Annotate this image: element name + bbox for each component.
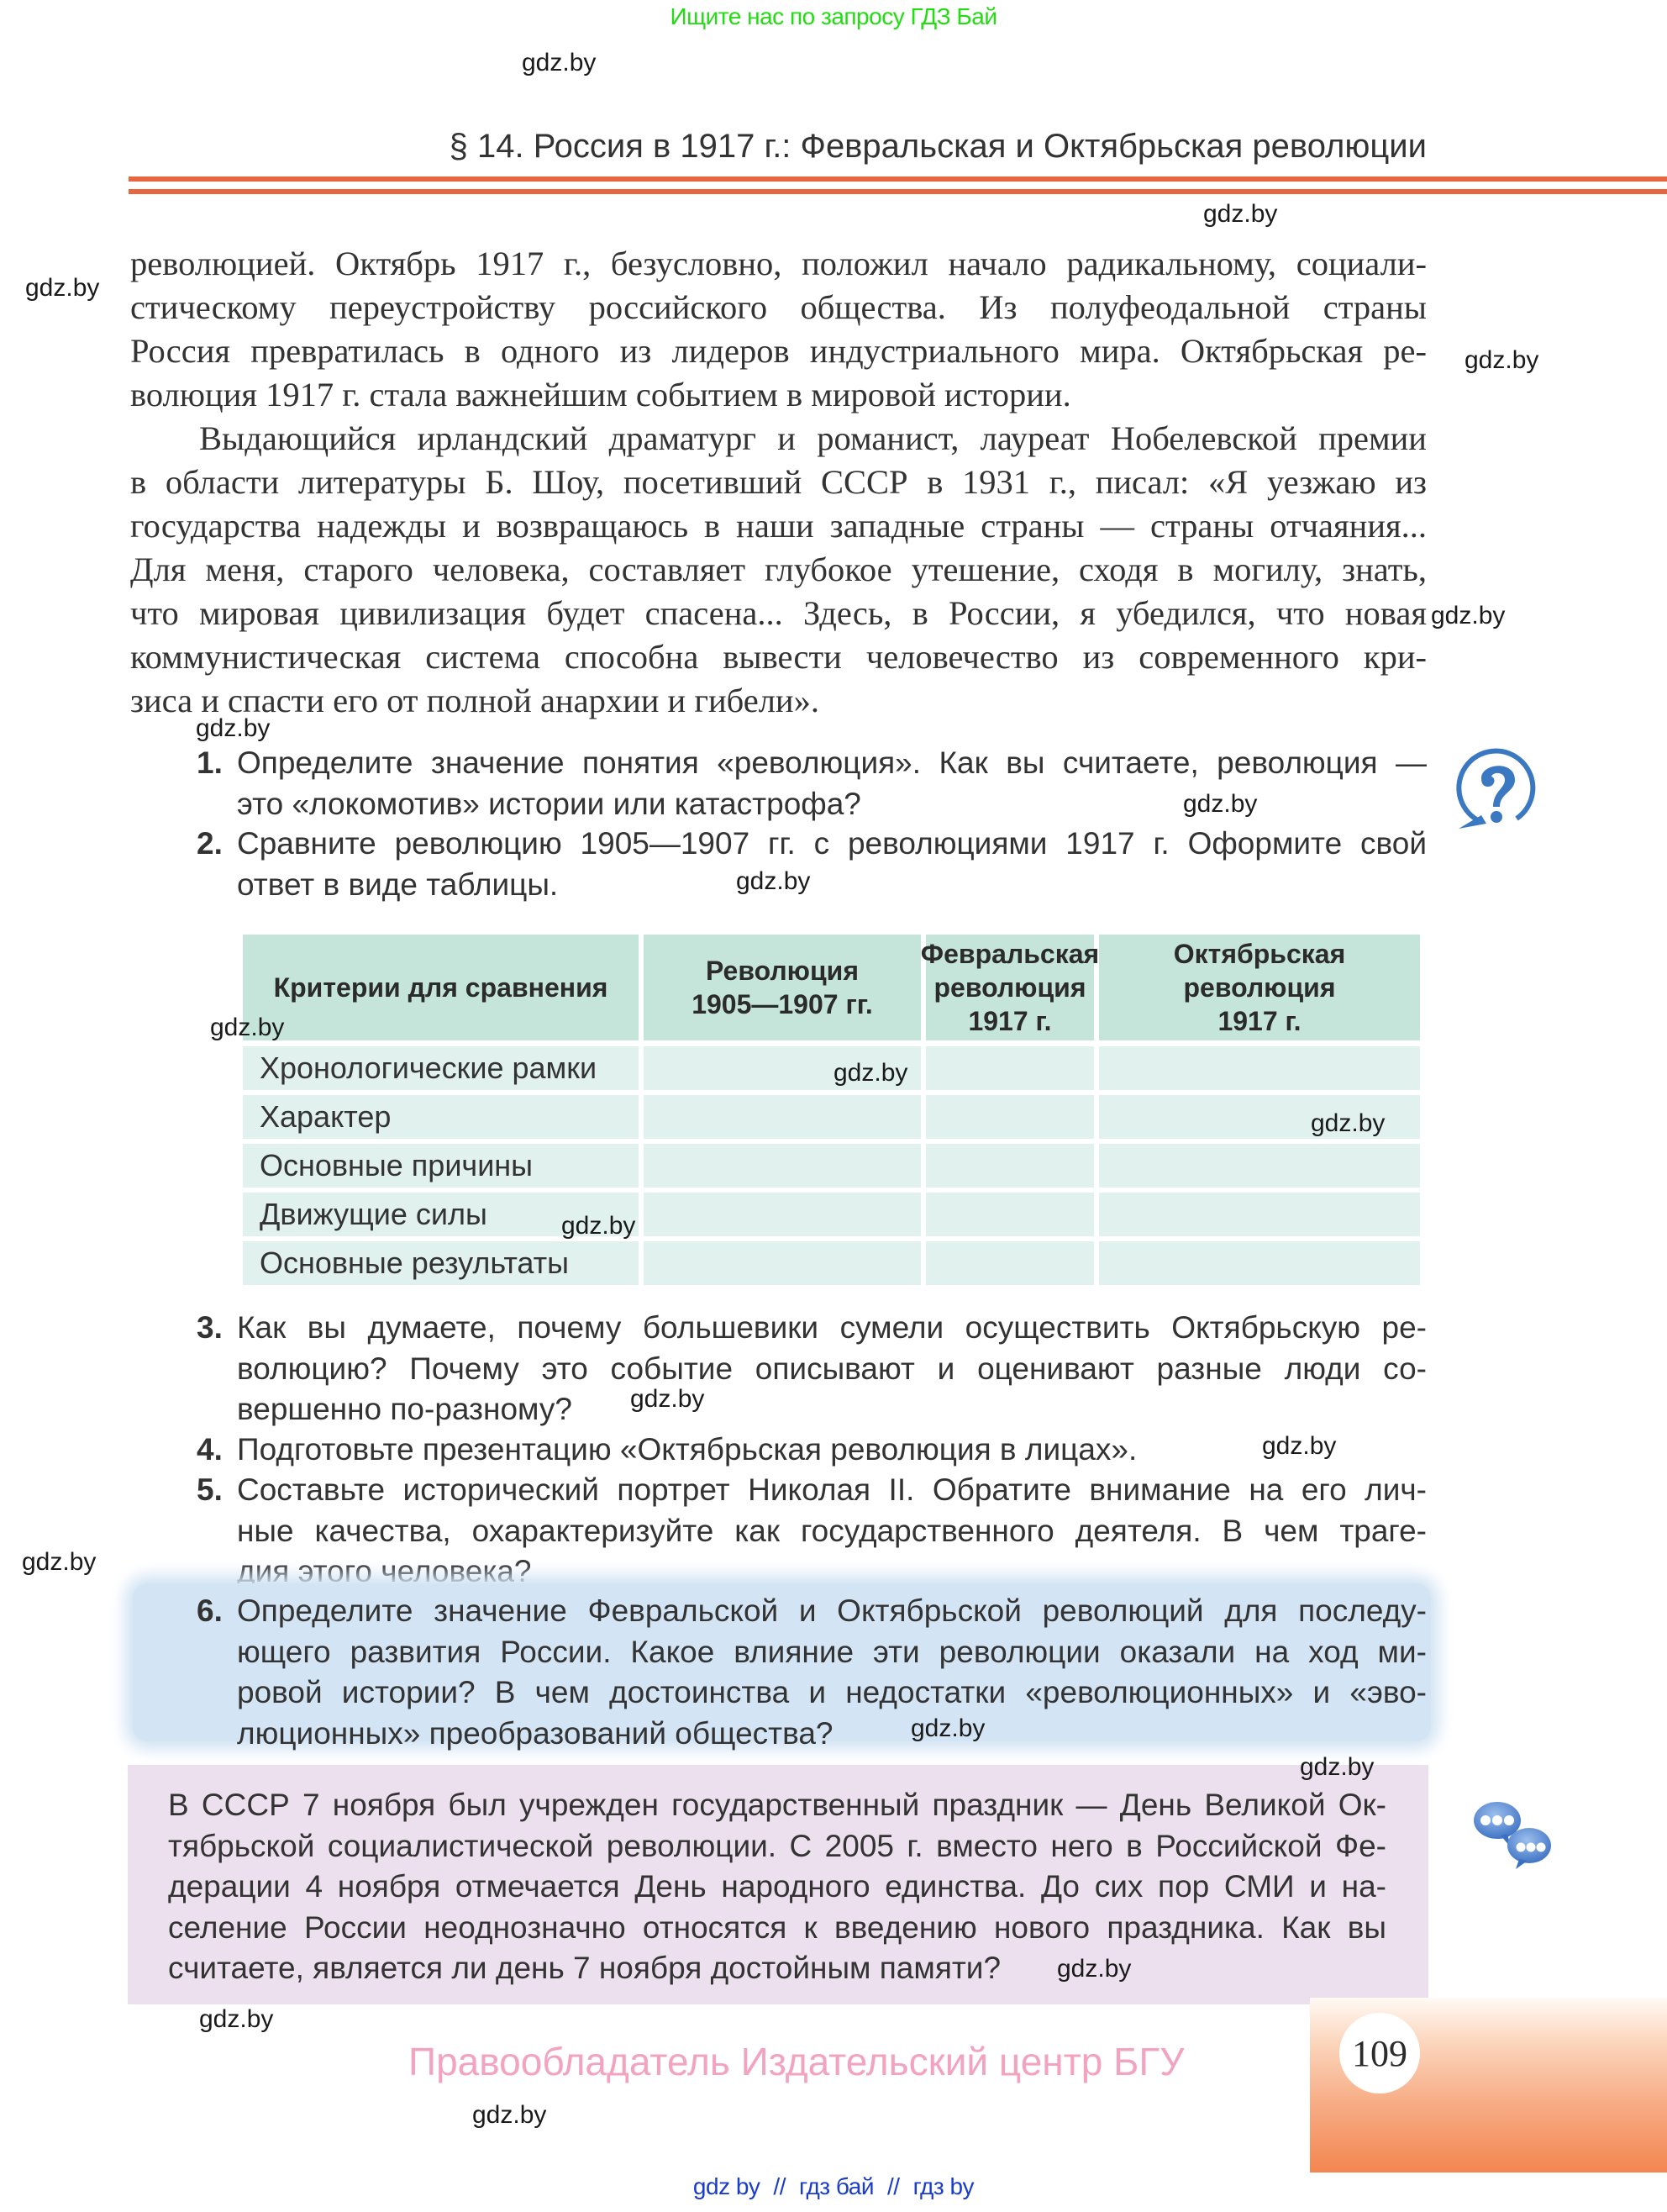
paragraph-line: Для меня, старого человека, составляет г… (130, 548, 1427, 592)
question-line: люционных» преобразований общества? (237, 1714, 1427, 1755)
paragraph-line: Выдающийся ирландский драматург и романи… (130, 417, 1427, 461)
watermark: gdz.by (25, 274, 99, 303)
question-number: 2. (197, 824, 223, 865)
page-number: 109 (1339, 2013, 1420, 2093)
discussion-line: В СССР 7 ноября был учрежден государстве… (168, 1785, 1386, 1826)
question-text: Как вы думаете, почему большевики сумели… (237, 1308, 1427, 1430)
table-criterion-cell: Основные причины (243, 1144, 639, 1188)
question-line: ответ в виде таблицы. (237, 865, 1427, 906)
section-title: § 14. Россия в 1917 г.: Февральская и Ок… (450, 128, 1427, 166)
question-line: ющего развития России. Какое влияние эти… (237, 1632, 1427, 1673)
watermark: gdz.by (561, 1212, 635, 1240)
table-header-label: Февральская революция 1917 г. (921, 937, 1099, 1038)
paragraph-line: зиса и спасти его от полной анархии и ги… (130, 679, 1427, 723)
question-line: Подготовьте презентацию «Октябрьская рев… (237, 1430, 1427, 1471)
watermark: gdz.by (911, 1714, 985, 1743)
bottom-links: gdz by//гдз бай//гдз by (0, 2173, 1667, 2200)
watermark: gdz.by (522, 49, 596, 77)
table-answer-cell[interactable] (926, 1095, 1094, 1139)
paragraph-line: в области литературы Б. Шоу, посетивший … (130, 461, 1427, 504)
watermark: gdz.by (1465, 346, 1538, 375)
watermark: gdz.by (630, 1385, 704, 1414)
table-answer-cell[interactable] (1099, 1046, 1420, 1090)
watermark: gdz.by (472, 2101, 546, 2130)
table-row: Хронологические рамки (243, 1046, 1420, 1090)
question-text: Сравните революцию 1905—1907 гг. с револ… (237, 824, 1427, 905)
table-answer-cell[interactable] (926, 1241, 1094, 1285)
watermark: gdz.by (833, 1059, 907, 1088)
paragraph-line: волюция 1917 г. стала важнейшим событием… (130, 373, 1427, 417)
paragraph-2: Выдающийся ирландский драматург и романи… (130, 417, 1427, 723)
question-text: Составьте исторический портрет Николая I… (237, 1470, 1427, 1593)
table-header-cell: Февральская революция 1917 г. (926, 935, 1094, 1040)
table-answer-cell[interactable] (644, 1144, 921, 1188)
table-answer-cell[interactable] (644, 1241, 921, 1285)
footer-link[interactable]: гдз бай (799, 2173, 874, 2199)
discussion-icon (1472, 1799, 1553, 1871)
table-row: Основные причины (243, 1144, 1420, 1188)
discussion-line: считаете, является ли день 7 ноября дост… (168, 1948, 1386, 1989)
question-line: волюцию? Почему это событие описывают и … (237, 1349, 1427, 1390)
header-rule-bottom (129, 189, 1667, 194)
question-number: 1. (197, 743, 223, 784)
table-answer-cell[interactable] (1099, 1193, 1420, 1236)
table-criterion-cell: Основные результаты (243, 1241, 639, 1285)
watermark: gdz.by (736, 867, 810, 896)
table-answer-cell[interactable] (926, 1144, 1094, 1188)
paragraph-line: революцией. Октябрь 1917 г., безусловно,… (130, 242, 1427, 286)
table-header-cell: Октябрьская революция 1917 г. (1099, 935, 1420, 1040)
discussion-line: селение России неоднозначно относятся к … (168, 1908, 1386, 1949)
table-row: Основные результаты (243, 1241, 1420, 1285)
watermark: gdz.by (1300, 1753, 1374, 1782)
paragraph-line: Россия превратилась в одного из лидеров … (130, 329, 1427, 373)
question-line: Определите значение понятия «революция».… (237, 743, 1427, 784)
question-line: Как вы думаете, почему большевики сумели… (237, 1308, 1427, 1349)
question-text: Определите значение Февральской и Октябр… (237, 1591, 1427, 1754)
watermark: gdz.by (1057, 1955, 1131, 1983)
discussion-line: тябрьской социалистической революции. С … (168, 1826, 1386, 1867)
comparison-table: Критерии для сравненияРеволюция 1905—190… (243, 935, 1420, 1288)
watermark: gdz.by (1311, 1109, 1385, 1138)
discussion-text: В СССР 7 ноября был учрежден государстве… (168, 1785, 1386, 1989)
question-line: ровой истории? В чем достоинства и недос… (237, 1672, 1427, 1714)
table-header-label: Октябрьская революция 1917 г. (1174, 937, 1346, 1038)
table-answer-cell[interactable] (926, 1193, 1094, 1236)
watermark: gdz.by (1183, 790, 1257, 819)
question-number: 6. (197, 1591, 223, 1632)
paragraph-line: государства надежды и возвращаюсь в наши… (130, 504, 1427, 548)
question-line: Сравните революцию 1905—1907 гг. с револ… (237, 824, 1427, 865)
table-header-cell: Революция 1905—1907 гг. (644, 935, 921, 1040)
footer-link[interactable]: гдз by (913, 2173, 974, 2199)
table-row: Характер (243, 1095, 1420, 1139)
watermark: gdz.by (199, 2005, 273, 2034)
copyright-notice: Правообладатель Издательский центр БГУ (408, 2039, 1184, 2084)
table-row: Движущие силы (243, 1193, 1420, 1236)
paragraph-line: что мировая цивилизация будет спасена...… (130, 592, 1427, 635)
table-header-label: Критерии для сравнения (274, 971, 608, 1004)
discussion-box: В СССР 7 ноября был учрежден государстве… (128, 1765, 1428, 2004)
header-rule-top (129, 176, 1667, 182)
table-answer-cell[interactable] (644, 1193, 921, 1236)
link-separator: // (887, 2173, 900, 2199)
table-header-label: Революция 1905—1907 гг. (692, 954, 873, 1021)
footer-link[interactable]: gdz by (693, 2173, 760, 2199)
table-criterion-cell: Хронологические рамки (243, 1046, 639, 1090)
table-answer-cell[interactable] (926, 1046, 1094, 1090)
paragraph-line: коммунистическая система способна вывест… (130, 635, 1427, 679)
watermark: gdz.by (1262, 1432, 1336, 1461)
top-banner[interactable]: Ищите нас по запросу ГДЗ Бай (0, 3, 1667, 30)
table-answer-cell[interactable] (644, 1095, 921, 1139)
watermark: gdz.by (22, 1548, 96, 1577)
discussion-line: дерации 4 ноября отмечается День народно… (168, 1867, 1386, 1908)
watermark: gdz.by (1431, 602, 1505, 630)
question-line: Составьте исторический портрет Николая I… (237, 1470, 1427, 1511)
question-line: Определите значение Февральской и Октябр… (237, 1591, 1427, 1632)
paragraph-1: революцией. Октябрь 1917 г., безусловно,… (130, 242, 1427, 417)
question-number: 4. (197, 1430, 223, 1471)
table-header-cell: Критерии для сравнения (243, 935, 639, 1040)
question-text: Подготовьте презентацию «Октябрьская рев… (237, 1430, 1427, 1471)
question-number: 5. (197, 1470, 223, 1511)
question-line: вершенно по-разному? (237, 1389, 1427, 1430)
watermark: gdz.by (1203, 200, 1277, 229)
paragraph-line: стическому переустройству российского об… (130, 286, 1427, 329)
table-answer-cell[interactable] (1099, 1241, 1420, 1285)
table-header-row: Критерии для сравненияРеволюция 1905—190… (243, 935, 1420, 1040)
watermark: gdz.by (196, 714, 270, 743)
table-answer-cell[interactable] (1099, 1144, 1420, 1188)
question-number: 3. (197, 1308, 223, 1349)
question-icon (1456, 748, 1538, 830)
watermark: gdz.by (210, 1014, 284, 1042)
table-criterion-cell: Характер (243, 1095, 639, 1139)
link-separator: // (773, 2173, 786, 2199)
question-line: ные качества, охарактеризуйте как госуда… (237, 1511, 1427, 1552)
